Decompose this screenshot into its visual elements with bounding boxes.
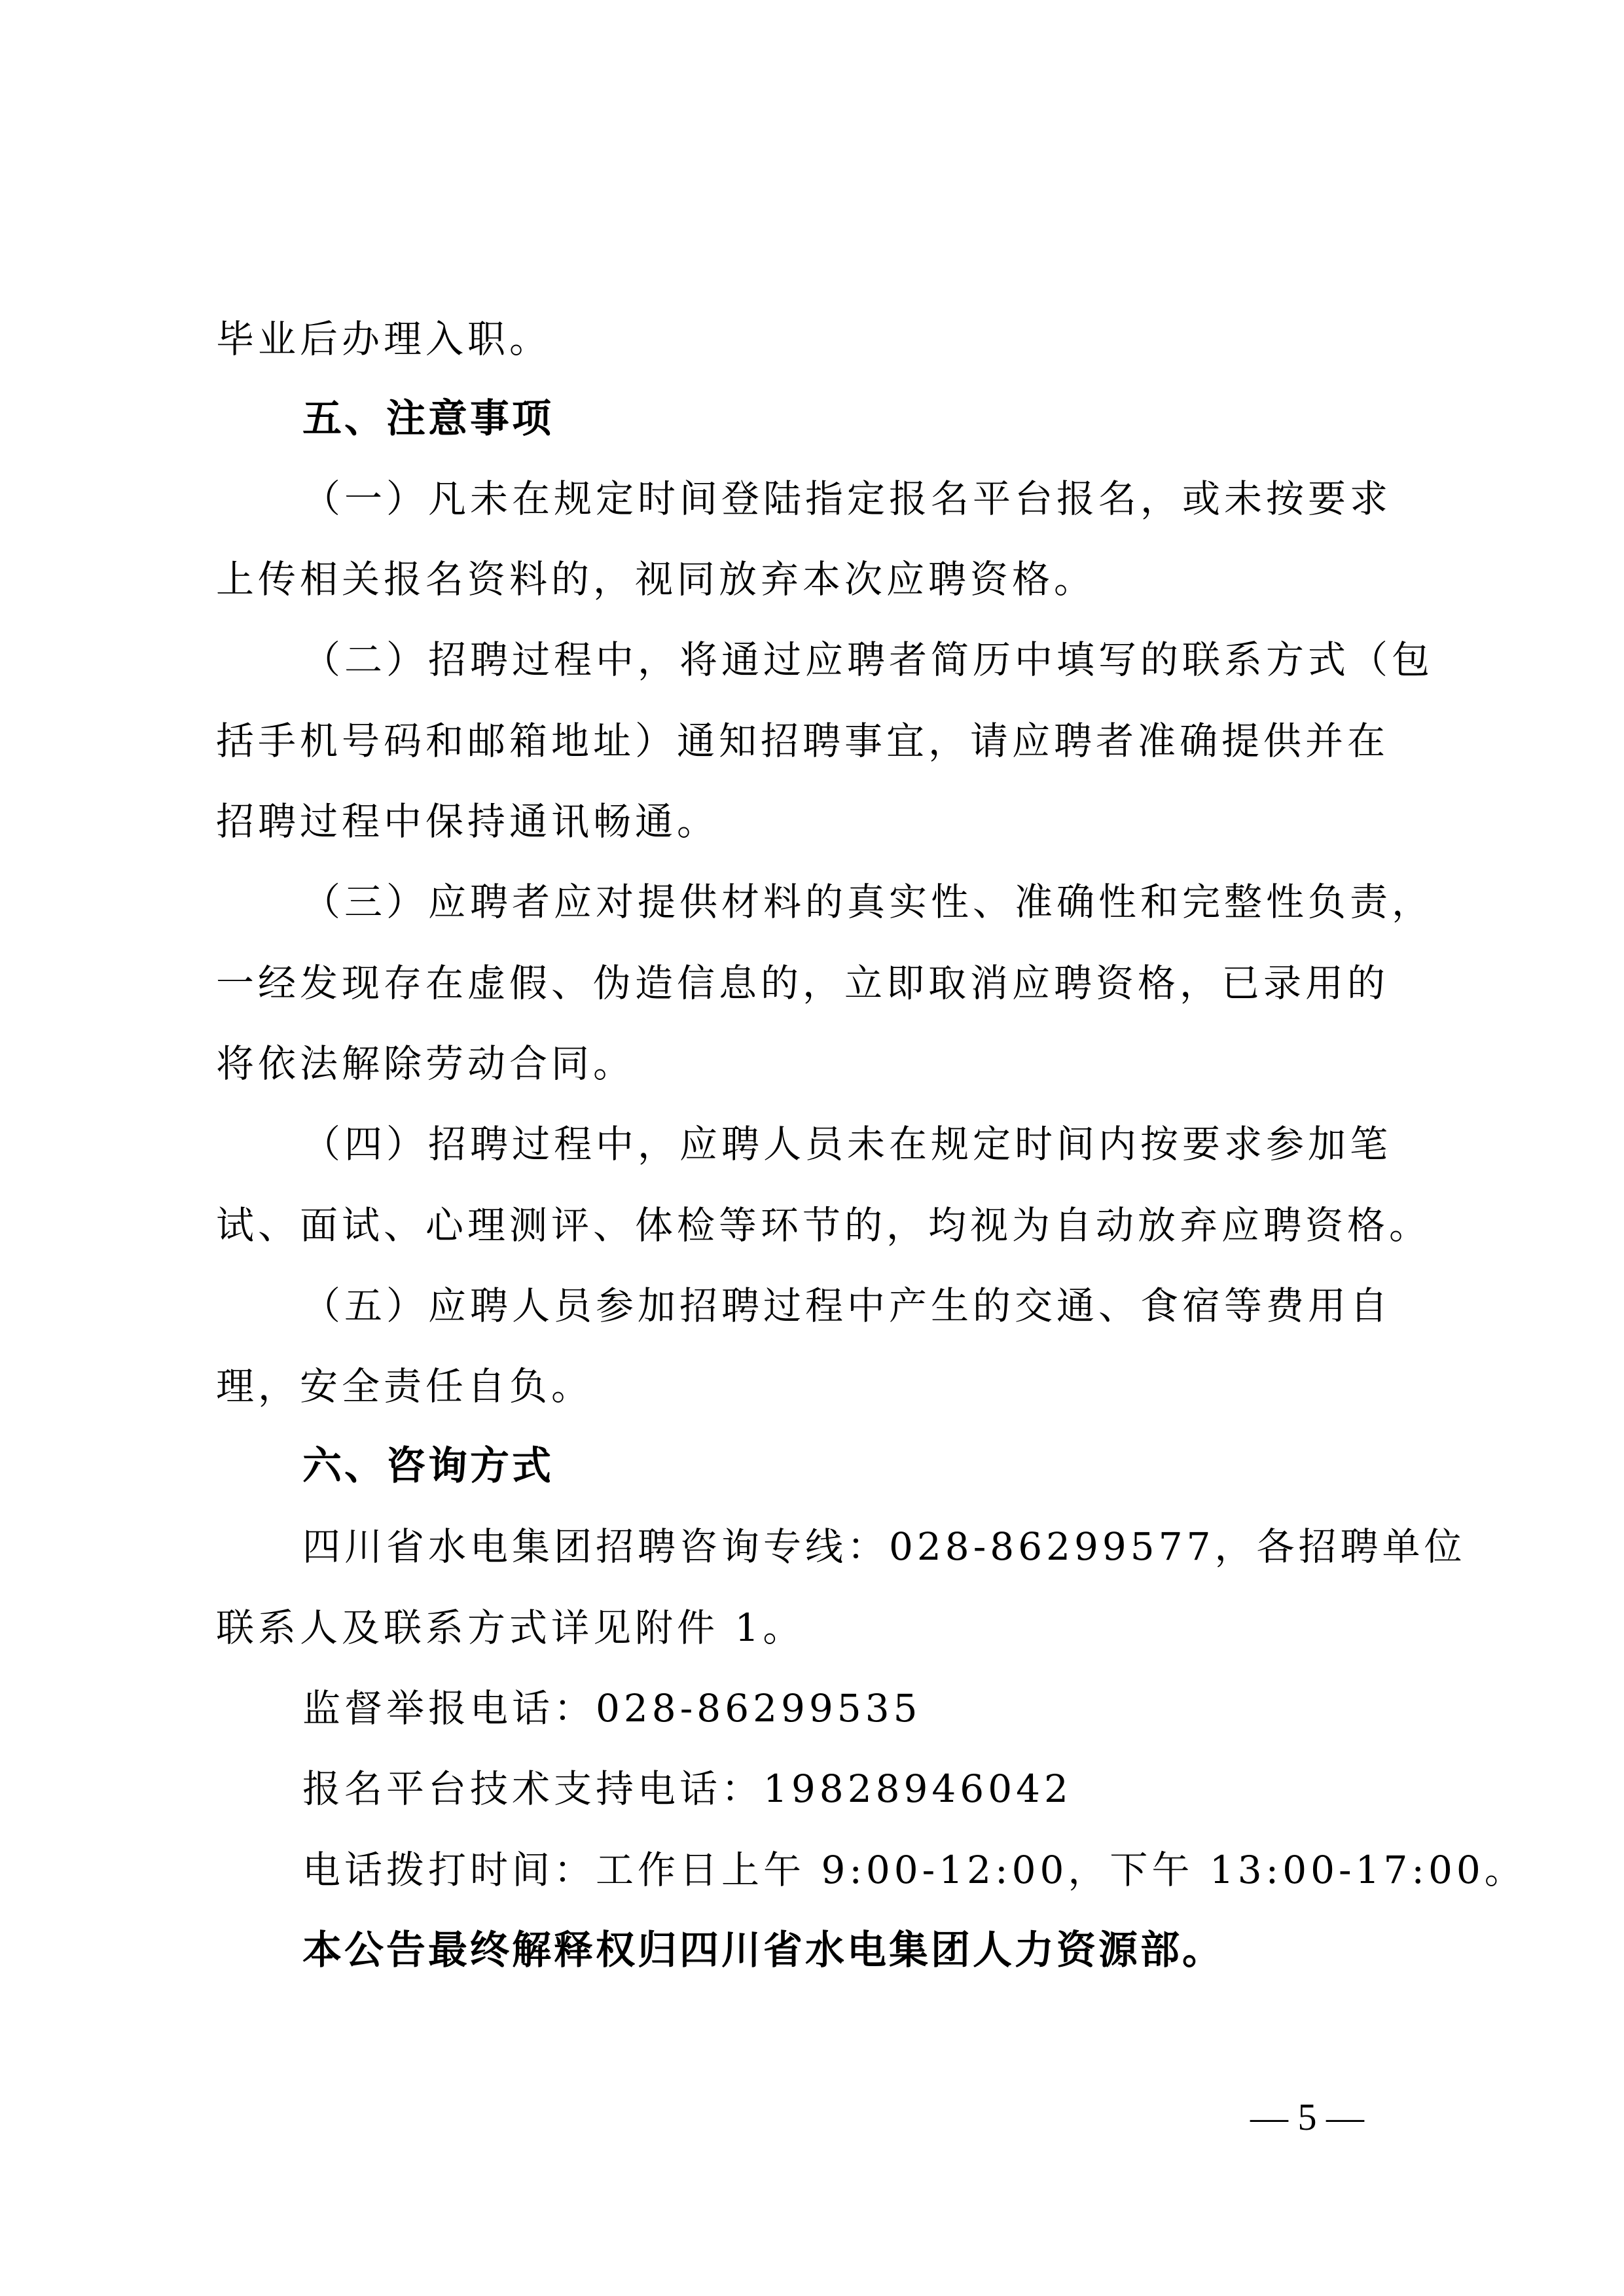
paragraph-line: （二）招聘过程中，将通过应聘者简历中填写的联系方式（包 [302, 634, 1513, 686]
final-interpretation-statement: 本公告最终解释权归四川省水电集团人力资源部。 [302, 1924, 1513, 1977]
document-page: 毕业后办理入职。 五、注意事项 （一）凡未在规定时间登陆指定报名平台报名，或未按… [0, 0, 1624, 2296]
paragraph-line: （一）凡未在规定时间登陆指定报名平台报名，或未按要求 [302, 473, 1513, 525]
paragraph-line: 招聘过程中保持通讯畅通。 [216, 795, 1427, 848]
supervision-hotline-line: 监督举报电话：028-86299535 [302, 1682, 1513, 1734]
paragraph-line: 一经发现存在虚假、伪造信息的，立即取消应聘资格，已录用的 [216, 957, 1427, 1009]
paragraph-line: 括手机号码和邮箱地址）通知招聘事宜，请应聘者准确提供并在 [216, 715, 1427, 767]
page-number: — 5 — [1250, 2091, 1364, 2144]
paragraph-line: （五）应聘人员参加招聘过程中产生的交通、食宿等费用自 [302, 1280, 1513, 1332]
paragraph-line: 联系人及联系方式详见附件 1。 [216, 1602, 1427, 1654]
paragraph-line: 将依法解除劳动合同。 [216, 1037, 1427, 1090]
recruitment-hotline-line: 四川省水电集团招聘咨询专线：028-86299577，各招聘单位 [302, 1520, 1513, 1573]
section-heading-notes: 五、注意事项 [302, 393, 1513, 445]
paragraph-line: （四）招聘过程中，应聘人员未在规定时间内按要求参加笔 [302, 1118, 1513, 1170]
tech-support-line: 报名平台技术支持电话：19828946042 [302, 1763, 1513, 1815]
paragraph-line: 上传相关报名资料的，视同放弃本次应聘资格。 [216, 553, 1427, 605]
section-heading-contact: 六、咨询方式 [302, 1440, 1513, 1492]
paragraph-line: （三）应聘者应对提供材料的真实性、准确性和完整性负责， [302, 876, 1513, 928]
paragraph-line: 毕业后办理入职。 [216, 313, 1427, 365]
paragraph-line: 理，安全责任自负。 [216, 1360, 1427, 1412]
call-hours-line: 电话拨打时间：工作日上午 9:00-12:00，下午 13:00-17:00。 [302, 1844, 1513, 1896]
paragraph-line: 试、面试、心理测评、体检等环节的，均视为自动放弃应聘资格。 [216, 1199, 1427, 1251]
